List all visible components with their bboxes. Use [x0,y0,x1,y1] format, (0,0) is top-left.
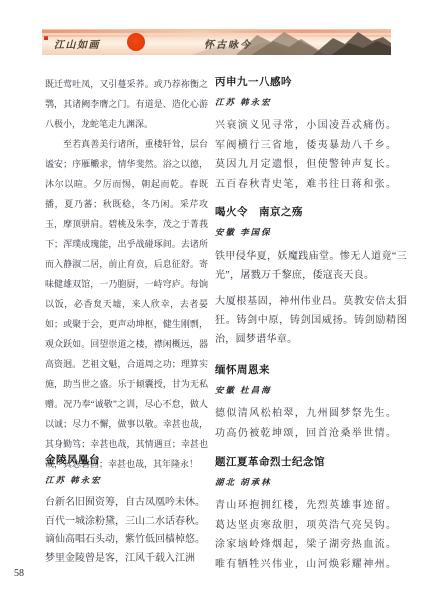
poem-line: 台新名旧囿资筹，自古凤凰吟未休。 [45,494,208,513]
poem-title: 金陵凤凰台 [45,452,208,467]
poem-line: 功高仍被乾坤颂，回首沧桑举世情。 [215,424,407,444]
ci-stanza: 铁甲侵华夏，妖魔践庙堂。惨无人道竟“三光”，屠戮万千黎庶，倭寇丧天良。 [215,247,407,285]
red-sun-icon [127,33,145,51]
poem-jinling-fenghuangtai: 金陵凤凰台 江苏 韩永宏 台新名旧囿资筹，自古凤凰吟未休。 百代一城涂粉黛，三山… [45,452,208,568]
poem-author: 江苏 韩永宏 [215,96,407,108]
prose-paragraph: 至若真善美行诸所，重楼轩耸，层台谧安；序雁毈求，情华斐然。浴之以德，沐尔以暄。夕… [45,134,208,474]
magazine-page: 江山如画 怀古咏今 既迁莺吐凤，又引蔓采荞。或乃荐祢衡之鹗，其诸阙李膺之门。有道… [0,0,429,600]
poem-title: 题江夏革命烈士纪念馆 [215,454,407,469]
ci-stanzas: 铁甲侵华夏，妖魔践庙堂。惨无人道竟“三光”，屠戮万千黎庶，倭寇丧天良。 大厦根基… [215,247,407,349]
poem-title: 丙申九一八感吟 [215,74,407,89]
prose-paragraph: 既迁莺吐凤，又引蔓采荞。或乃荐祢衡之鹗，其诸阙李膺之门。有道是、造化心游八极小，… [45,74,208,134]
poem-lines: 德似清风松柏翠，九州圆梦祭先生。 功高仍被乾坤颂，回首沧桑举世情。 [215,404,407,443]
ci-hehuoling-nanjing: 喝火令 南京之殇 安徽 李国保 铁甲侵华夏，妖魔践庙堂。惨无人道竟“三光”，屠戮… [215,204,407,349]
poem-author: 安徽 杜昌海 [215,384,407,396]
poem-author: 江苏 韩永宏 [45,474,208,486]
poem-lines: 台新名旧囿资筹，自古凤凰吟未休。 百代一城涂粉黛，三山二水话春秋。 谪仙高唱石头… [45,494,208,568]
poem-line: 葛达坚贞寒敌胆，项英浩气亮吴钩。 [215,516,407,536]
poem-jiangxia-memorial: 题江夏革命烈士纪念馆 湖北 胡承林 青山环抱拥红楼，先烈英雄事迹留。 葛达坚贞寒… [215,454,407,574]
poem-title: 缅怀周恩来 [215,362,407,377]
poem-line: 青山环抱拥红楼，先烈英雄事迹留。 [215,496,407,516]
poem-line: 莫因九月定遗恨，但使警钟声复长。 [215,155,407,175]
poem-author: 安徽 李国保 [215,226,407,238]
poem-line: 谪仙高唱石头动，紫竹低回樯棹悠。 [45,531,208,550]
header-banner: 江山如画 怀古咏今 [42,29,391,55]
magazine-title-calligraphy: 江山如画 [54,36,100,51]
poem-line: 唯有牺牲兴伟业，山河焕彩耀神州。 [215,555,407,575]
left-column-prose: 既迁莺吐凤，又引蔓采荞。或乃荐祢衡之鹗，其诸阙李膺之门。有道是、造化心游八极小，… [45,74,208,474]
poem-line: 德似清风松柏翠，九州圆梦祭先生。 [215,404,407,424]
poem-mianhuai-zhouenlai: 缅怀周恩来 安徽 杜昌海 德似清风松柏翠，九州圆梦祭先生。 功高仍被乾坤颂，回首… [215,362,407,443]
poem-lines: 兴衰演义见寻常，小国凌吾忒痛伤。 军阀横行三省地，倭夷暴劫八千乡。 莫因九月定遗… [215,116,407,194]
poem-line: 梦里金陵曾是客，江风千载入江洲 [45,550,208,569]
poem-line: 涂家垴岭烽烟起，梁子湖旁热血流。 [215,535,407,555]
section-title-calligraphy: 怀古咏今 [204,36,252,51]
poem-line: 兴衰演义见寻常，小国凌吾忒痛伤。 [215,116,407,136]
poem-author: 湖北 胡承林 [215,476,407,488]
ci-stanza: 大厦根基固，神州伟业昌。莫教安倍太猖狂。铸剑中原，铸剑国威扬。铸剑励精图治，圆梦… [215,292,407,349]
poem-title: 喝火令 南京之殇 [215,204,407,219]
poem-line: 百代一城涂粉黛，三山二水话春秋。 [45,513,208,532]
page-number: 58 [14,568,24,579]
poem-line: 军阀横行三省地，倭夷暴劫八千乡。 [215,136,407,156]
poem-line: 五百春秋青史笔，难书往日蒋和张。 [215,175,407,195]
poem-lines: 青山环抱拥红楼，先烈英雄事迹留。 葛达坚贞寒敌胆，项英浩气亮吴钩。 涂家垴岭烽烟… [215,496,407,574]
poem-bingshen-918: 丙申九一八感吟 江苏 韩永宏 兴衰演义见寻常，小国凌吾忒痛伤。 军阀横行三省地，… [215,74,407,194]
